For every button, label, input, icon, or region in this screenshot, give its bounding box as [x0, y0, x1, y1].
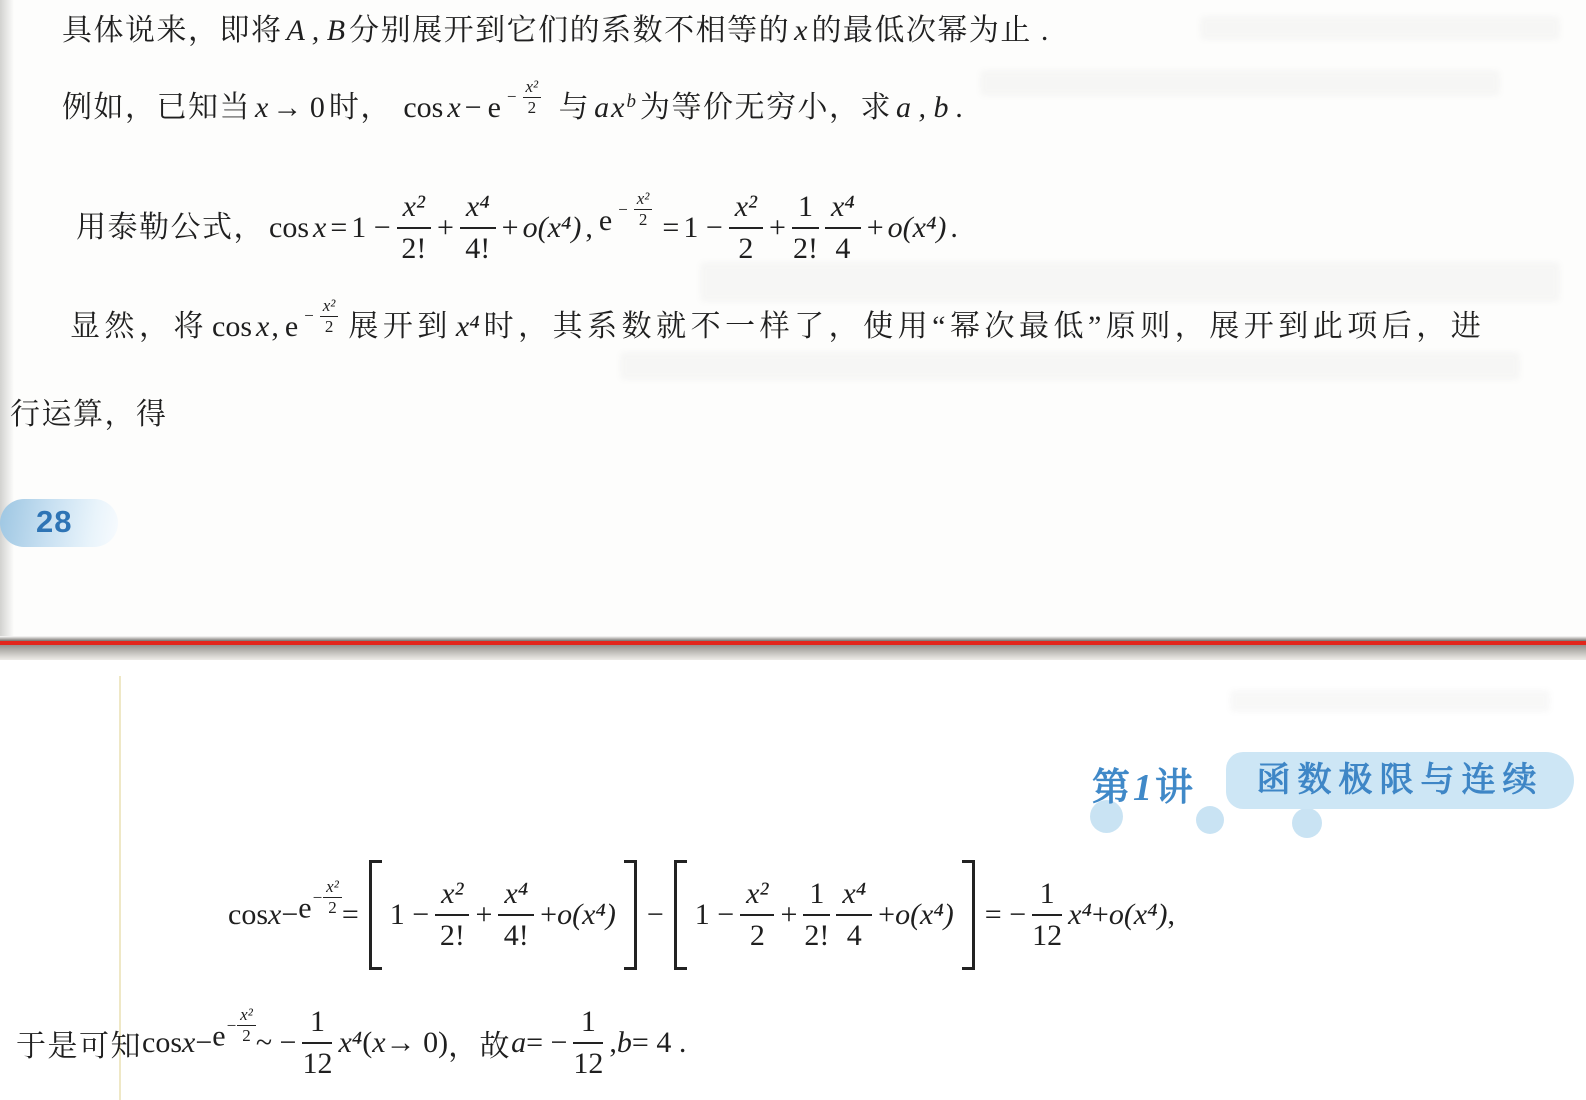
exponent-minus: − — [227, 1016, 237, 1036]
fraction-denominator: 2 — [320, 317, 339, 336]
lecture-label: 第1讲 — [1092, 756, 1196, 811]
fraction-denominator: 2! — [435, 916, 469, 953]
fraction-x2-2fact: x²2! — [435, 877, 469, 952]
text-run: 显然，将 — [70, 310, 208, 343]
text-run: 行运算，得 — [10, 398, 168, 431]
var-x: x — [611, 91, 624, 124]
small-fraction: x²2 — [521, 78, 544, 117]
bleed-through-artifact — [1230, 690, 1550, 712]
var-x: x — [268, 898, 281, 932]
fraction-numerator: 1 — [573, 1005, 603, 1044]
paragraph-5: 行运算，得 — [8, 392, 170, 438]
fraction-x4-4: x⁴4 — [823, 190, 863, 265]
plus-sign: + — [780, 898, 797, 932]
page-number-badge: 28 — [0, 499, 118, 547]
text-run: 用泰勒公式， — [76, 205, 265, 251]
textbook-scan: { "page": { "number": "28" }, "header": … — [0, 0, 1586, 1100]
exponent-minus: − — [304, 293, 314, 339]
fraction-numerator: x² — [237, 1006, 256, 1026]
plus-sign: + — [878, 898, 895, 932]
chapter-title: 函数极限与连续 — [1226, 752, 1574, 809]
fraction-denominator: 12 — [302, 1044, 332, 1081]
paragraph-4: 显然，将cosx,e−x²2展开到x⁴时，其系数就不一样了，使用“幂次最低”原则… — [68, 293, 1487, 350]
fraction-1-2fact: 12! — [790, 190, 821, 265]
minus-sign: − — [281, 898, 298, 932]
bleed-through-artifact — [620, 352, 1520, 380]
page-divider — [0, 636, 1586, 660]
var-x: x — [256, 310, 269, 343]
fraction-x4-4: x⁴4 — [836, 877, 872, 952]
fraction-1-12: 112 — [302, 1005, 332, 1080]
exponent-fraction: −x²2 — [505, 74, 545, 120]
superscript-b: b — [626, 91, 636, 112]
fraction-denominator: 2! — [792, 229, 819, 266]
var-x4: x⁴ — [456, 310, 480, 343]
display-equation: cosx− e−x²2 = 1 − x²2! + x⁴4! +o(x⁴) − 1… — [228, 855, 1175, 975]
text-run: ，故 — [448, 1021, 511, 1065]
tilde-minus: ~ − — [256, 1026, 297, 1060]
fraction-numerator: 1 — [302, 1005, 332, 1044]
right-bracket — [624, 860, 637, 970]
cos-label: cos — [403, 91, 443, 124]
arrow-zero: → 0 — [272, 91, 325, 124]
fraction-denominator: 4 — [836, 916, 872, 953]
small-fraction: x²2 — [318, 297, 341, 336]
equals-sign: = — [342, 898, 359, 932]
fraction-numerator: x² — [435, 877, 469, 916]
var-x: x — [372, 1026, 385, 1060]
bleed-through-artifact — [980, 70, 1500, 96]
little-o-term: o(x⁴) — [1109, 898, 1168, 932]
bleed-through-artifact — [1200, 16, 1560, 40]
minus-sign: − — [465, 91, 482, 124]
small-fraction: x²2 — [323, 878, 342, 917]
fraction-numerator: x² — [740, 877, 774, 916]
fraction-denominator: 2! — [803, 916, 830, 953]
fraction-numerator: x² — [320, 297, 339, 317]
little-o-term: o(x⁴) — [557, 898, 616, 932]
e-base: e — [488, 91, 501, 124]
one-minus: 1 − — [695, 898, 734, 932]
fraction-x4-4fact: x⁴4! — [498, 877, 534, 952]
fraction-denominator: 4 — [825, 229, 861, 266]
e-base: e — [599, 204, 612, 237]
divider-gray-band — [0, 645, 1586, 660]
text-run: 的最低次幂为止 . — [811, 14, 1050, 47]
var-x: x — [794, 14, 807, 47]
fraction-numerator: x⁴ — [498, 877, 534, 916]
exponent-minus: − — [618, 187, 628, 233]
paragraph-2: 例如，已知当x→ 0时， cosx−e−x²2 与axb为等价无穷小，求a , … — [60, 74, 965, 131]
left-bracket — [369, 860, 382, 970]
small-fraction: x²2 — [632, 190, 655, 229]
comma: , — [1168, 898, 1176, 932]
fraction-numerator: x² — [397, 190, 431, 229]
decorative-dot — [1292, 808, 1322, 838]
fraction-numerator: 1 — [792, 190, 819, 229]
plus-sign: + — [1092, 898, 1109, 932]
fraction-numerator: x² — [323, 878, 342, 898]
fraction-denominator: 4! — [498, 916, 534, 953]
fraction-denominator: 12 — [573, 1044, 603, 1081]
small-fraction: x²2 — [237, 1006, 256, 1045]
e-base: e — [285, 310, 298, 343]
equals-minus: = − — [985, 898, 1026, 932]
e-exponential: e−x²2 — [212, 1006, 256, 1053]
var-ab: a , b . — [896, 91, 964, 124]
fraction-denominator: 2 — [740, 916, 774, 953]
fraction-numerator: x² — [729, 190, 763, 229]
one-minus: 1 − — [683, 205, 722, 251]
fraction-1-12: 112 — [1032, 877, 1062, 952]
cos-label: cos — [269, 205, 309, 251]
fraction-numerator: x² — [523, 78, 542, 98]
exponent-fraction: −x²2 — [302, 293, 342, 339]
cos-label: cos — [142, 1026, 182, 1060]
exponent-fraction: −x²2 — [227, 1006, 256, 1045]
fraction-denominator: 4! — [460, 229, 496, 266]
comma: , — [585, 205, 593, 251]
text-run: 与 — [559, 91, 591, 124]
fraction-numerator: x⁴ — [836, 877, 872, 916]
var-a: a — [594, 91, 609, 124]
text-run: 时，其系数就不一样了，使用“幂次最低”原则，展开到此项后，进 — [484, 310, 1486, 343]
exponent-minus: − — [313, 888, 323, 908]
fraction-denominator: 2! — [397, 229, 431, 266]
e-base: e — [212, 1020, 225, 1053]
little-o-term: o(x⁴) — [888, 205, 947, 251]
left-bracket — [674, 860, 687, 970]
one-minus: 1 − — [390, 898, 429, 932]
exponent-minus: − — [507, 74, 517, 120]
text-run: 展开到 — [348, 310, 452, 343]
text-run: 具体说来，即将 — [62, 14, 283, 47]
fraction-1-2fact: 12! — [803, 877, 830, 952]
conclusion-line: 于是可知 cosx− e−x²2 ~ − 112 x⁴(x→ 0) ，故 a =… — [16, 993, 686, 1093]
little-o-term: o(x⁴) — [895, 898, 954, 932]
e-exponential: e−x²2 — [298, 878, 342, 925]
comma: , — [609, 1026, 617, 1060]
lecture-di: 第 — [1092, 767, 1133, 809]
var-x4: x⁴ — [1068, 898, 1092, 932]
var-x: x — [255, 91, 268, 124]
var-x4: x⁴ — [338, 1026, 362, 1060]
fraction-denominator: 2 — [523, 98, 542, 117]
fraction-numerator: x⁴ — [825, 190, 861, 229]
fraction-x4-4fact: x⁴4! — [458, 190, 498, 265]
fraction-numerator: 1 — [1032, 877, 1062, 916]
text-run: 时， — [329, 91, 392, 124]
paragraph-3-taylor-formula: 用泰勒公式， cosx = 1 − x²2! + x⁴4! +o(x⁴), e−… — [74, 178, 960, 278]
e-exponential: e−x²2 — [597, 187, 659, 244]
text-run: 为等价无穷小，求 — [640, 91, 892, 124]
fraction-denominator: 2 — [729, 229, 763, 266]
decorative-dot — [1196, 806, 1224, 834]
text-run: 分别展开到它们的系数不相等的 — [349, 14, 790, 47]
page-28-bottom: 具体说来，即将A , B分别展开到它们的系数不相等的x的最低次幂为止 . 例如，… — [0, 0, 1586, 636]
open-paren: ( — [362, 1026, 372, 1060]
equals-four: = 4 . — [632, 1026, 686, 1060]
equals-sign: = — [330, 205, 347, 251]
var-a: a — [511, 1026, 526, 1060]
fraction-numerator: 1 — [803, 877, 830, 916]
fraction-denominator: 2 — [634, 210, 653, 229]
lecture-number: 1 — [1133, 767, 1155, 809]
comma: , — [271, 310, 279, 343]
fraction-x2-2: x²2 — [727, 190, 765, 265]
fraction-numerator: x⁴ — [460, 190, 496, 229]
one-minus: 1 − — [351, 205, 390, 251]
text-run: 例如，已知当 — [62, 91, 251, 124]
plus-sign: + — [502, 205, 519, 251]
var-x: x — [313, 205, 326, 251]
page-number: 28 — [36, 504, 72, 540]
plus-sign: + — [475, 898, 492, 932]
minus-sign: − — [195, 1026, 212, 1060]
fraction-denominator: 12 — [1032, 916, 1062, 953]
e-exponential: e−x²2 — [283, 293, 345, 350]
paragraph-1: 具体说来，即将A , B分别展开到它们的系数不相等的x的最低次幂为止 . — [60, 8, 1052, 54]
fraction-1-12: 112 — [573, 1005, 603, 1080]
exponent-fraction: −x²2 — [313, 878, 342, 917]
plus-sign: + — [540, 898, 557, 932]
fraction-x2-2: x²2 — [740, 877, 774, 952]
var-x: x — [447, 91, 460, 124]
chapter-title-pill: 函数极限与连续 — [1226, 752, 1574, 809]
var-x: x — [182, 1026, 195, 1060]
e-exponential: e−x²2 — [486, 74, 548, 131]
arrow-close: → 0) — [386, 1026, 449, 1060]
plus-sign: + — [867, 205, 884, 251]
e-base: e — [298, 892, 311, 925]
period: . — [950, 205, 958, 251]
equals-minus: = − — [526, 1026, 567, 1060]
fraction-denominator: 2 — [323, 898, 342, 917]
fraction-denominator: 2 — [237, 1026, 256, 1045]
right-bracket — [962, 860, 975, 970]
little-o-term: o(x⁴) — [523, 205, 582, 251]
lecture-jiang: 讲 — [1155, 767, 1196, 809]
next-page-top: 函数极限与连续 第1讲 cosx− e−x²2 = 1 − x²2! + x⁴4… — [0, 660, 1586, 1100]
equals-sign: = — [662, 205, 679, 251]
plus-sign: + — [437, 205, 454, 251]
minus-sign: − — [647, 898, 664, 932]
cos-label: cos — [228, 898, 268, 932]
fraction-numerator: x² — [634, 190, 653, 210]
cos-label: cos — [212, 310, 252, 343]
fraction-x2-2fact: x²2! — [395, 190, 433, 265]
var-b: b — [617, 1026, 632, 1060]
plus-sign: + — [769, 205, 786, 251]
exponent-fraction: −x²2 — [616, 187, 656, 233]
var-AB: A , B — [287, 14, 346, 47]
text-run: 于是可知 — [16, 1021, 142, 1065]
